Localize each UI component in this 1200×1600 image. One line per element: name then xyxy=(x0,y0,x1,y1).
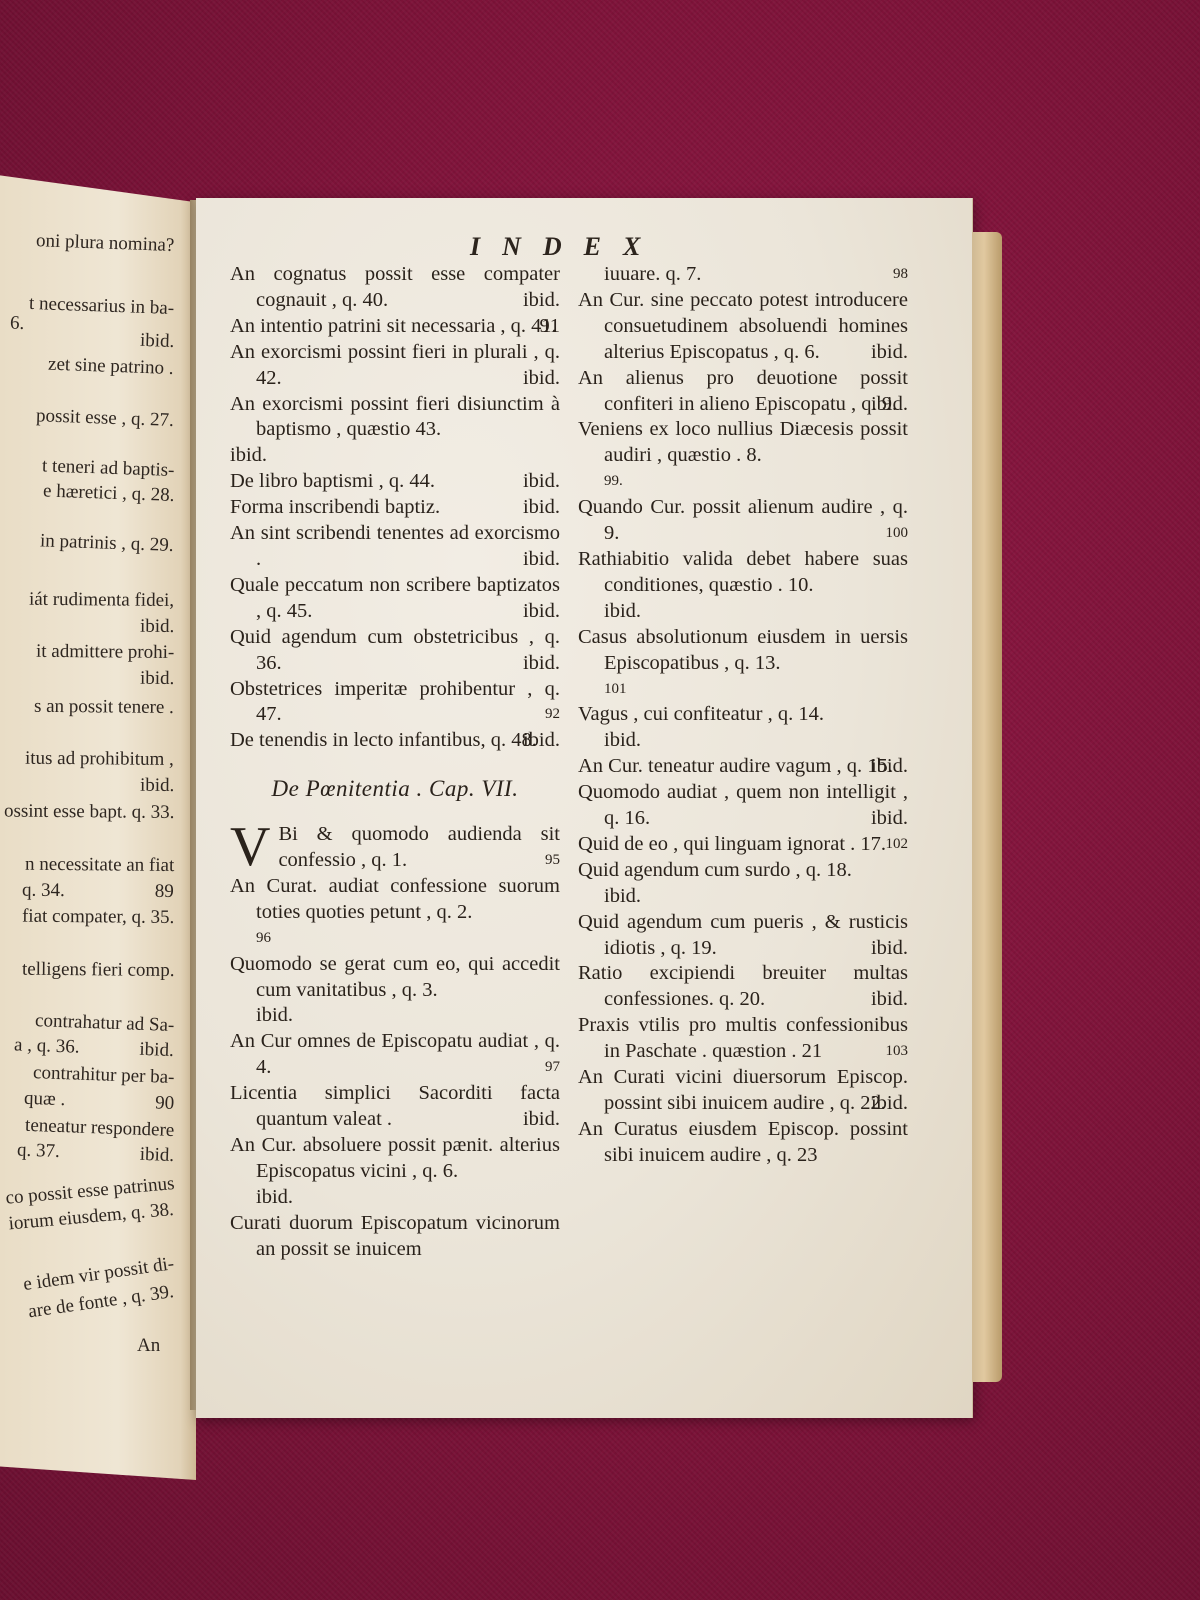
left-page-line: telligens fieri comp. xyxy=(21,959,174,982)
left-page-line: ibid. xyxy=(140,668,175,690)
left-page-line: iát rudimenta fidei, xyxy=(29,589,174,612)
index-entry: Quid agendum cum surdo , q. 18.ibid. xyxy=(578,858,908,910)
index-entry: Quale peccatum non scribere baptizatos ,… xyxy=(230,573,560,625)
index-entry: An Cur. absoluere possit pænit. alterius… xyxy=(230,1133,560,1211)
index-entry: An exorcismi possint fieri disiunctim à … xyxy=(230,392,560,470)
index-entry: De tenendis in lecto infantibus, q. 48.i… xyxy=(230,728,560,754)
left-page-line: t teneri ad baptis- xyxy=(41,455,174,482)
index-entry: An Cur. sine peccato potest introducere … xyxy=(578,288,908,366)
left-page-line: q. 37.ibid. xyxy=(17,1140,175,1167)
left-page-line: possit esse , q. 27. xyxy=(36,405,174,432)
left-page-line: a , q. 36.ibid. xyxy=(14,1034,174,1062)
left-page-line: teneatur respondere xyxy=(24,1115,174,1142)
index-entry: An Curati vicini diuersorum Episcop. pos… xyxy=(578,1065,908,1117)
index-entry: An Cur. teneatur audire vagum , q. 15.ib… xyxy=(578,754,908,780)
left-page-line: s an possit tenere . xyxy=(34,696,174,719)
index-entry: Praxis vtilis pro multis confessionibus … xyxy=(578,1013,908,1065)
index-entry: Forma inscribendi baptiz.ibid. xyxy=(230,495,560,521)
index-entry: Casus absolutionum eiusdem in uersis Epi… xyxy=(578,625,908,703)
left-page-line: it admittere prohi- xyxy=(36,641,174,664)
left-page-catchword: An xyxy=(137,1335,160,1357)
index-entry: Vagus , cui confiteatur , q. 14.ibid. xyxy=(578,702,908,754)
left-page-line: ibid. xyxy=(139,330,174,353)
running-head-index: INDEX xyxy=(470,232,662,262)
left-page-line: quæ .90 xyxy=(24,1088,175,1115)
left-page-line: zet sine patrino . xyxy=(48,354,174,380)
index-entry: Obstetrices imperitæ prohibentur , q. 47… xyxy=(230,677,560,729)
left-page-line: e hæretici , q. 28. xyxy=(42,480,174,507)
left-page-line: ossint esse bapt. q. 33. xyxy=(3,801,174,824)
left-page-line: oni plura nomina? xyxy=(35,230,174,257)
index-entry: Curati duorum Episcopatum vicinorum an p… xyxy=(230,1211,560,1263)
index-entry: V Bi & quomodo audienda sit confessio , … xyxy=(230,822,560,874)
left-page-line: ibid. xyxy=(140,775,175,797)
left-page-line: itus ad prohibitum , xyxy=(25,748,174,771)
index-entry: An exorcismi possint fieri in plurali , … xyxy=(230,340,560,392)
index-entry: An Curat. audiat confessione suorum toti… xyxy=(230,874,560,952)
index-entry: Licentia simplici Sacorditi facta quantu… xyxy=(230,1081,560,1133)
index-entry: Ratio excipiendi breuiter multas confess… xyxy=(578,961,908,1013)
page-block-edge xyxy=(972,232,1002,1382)
index-entry: An cognatus possit esse compater cognaui… xyxy=(230,262,560,314)
index-column-right: iuuare. q. 7.98 An Cur. sine peccato pot… xyxy=(578,262,908,1169)
chapter-heading: De Pœnitentia . Cap. VII. xyxy=(230,776,560,802)
left-page-line: contrahatur ad Sa- xyxy=(34,1010,174,1037)
index-entry: Quid agendum cum obstetricibus , q. 36.i… xyxy=(230,625,560,677)
left-page-line: in patrinis , q. 29. xyxy=(40,530,174,557)
left-page-line: ibid. xyxy=(140,616,175,638)
index-entry: An sint scribendi tenentes ad exorcismo … xyxy=(230,521,560,573)
index-entry: Quando Cur. possit alienum audire , q. 9… xyxy=(578,495,908,547)
index-entry: iuuare. q. 7.98 xyxy=(578,262,908,288)
index-entry: Rathiabitio valida debet habere suas con… xyxy=(578,547,908,625)
left-page-line: n necessitate an fiat xyxy=(25,854,174,877)
left-page-line: t necessarius in ba- xyxy=(29,293,175,320)
index-entry: De libro baptismi , q. 44.ibid. xyxy=(230,469,560,495)
left-page-line: contrahitur per ba- xyxy=(32,1062,174,1089)
index-entry: An Cur omnes de Episcopatu audiat , q. 4… xyxy=(230,1029,560,1081)
index-column-left: An cognatus possit esse compater cognaui… xyxy=(230,262,560,1263)
drop-cap: V xyxy=(230,824,270,870)
left-page: oni plura nomina? t necessarius in ba- 6… xyxy=(0,135,196,1480)
index-entry: An alienus pro deuotione possit confiter… xyxy=(578,366,908,418)
index-entry: Quid agendum cum pueris , & rusticis idi… xyxy=(578,910,908,962)
index-entry: Quid de eo , qui linguam ignorat . 17.10… xyxy=(578,832,908,858)
left-page-line: q. 34.89 xyxy=(22,880,174,903)
index-entry: An intentio patrini sit necessaria , q. … xyxy=(230,314,560,340)
index-entry: An Curatus eiusdem Episcop. possint sibi… xyxy=(578,1117,908,1169)
index-entry: Quomodo audiat , quem non intelligit , q… xyxy=(578,780,908,832)
index-entry: Quomodo se gerat cum eo, qui accedit cum… xyxy=(230,952,560,1030)
index-entry: Veniens ex loco nullius Diæcesis possit … xyxy=(578,417,908,495)
left-page-line: fiat compater, q. 35. xyxy=(22,906,174,929)
left-page-line: 6. xyxy=(9,313,24,335)
